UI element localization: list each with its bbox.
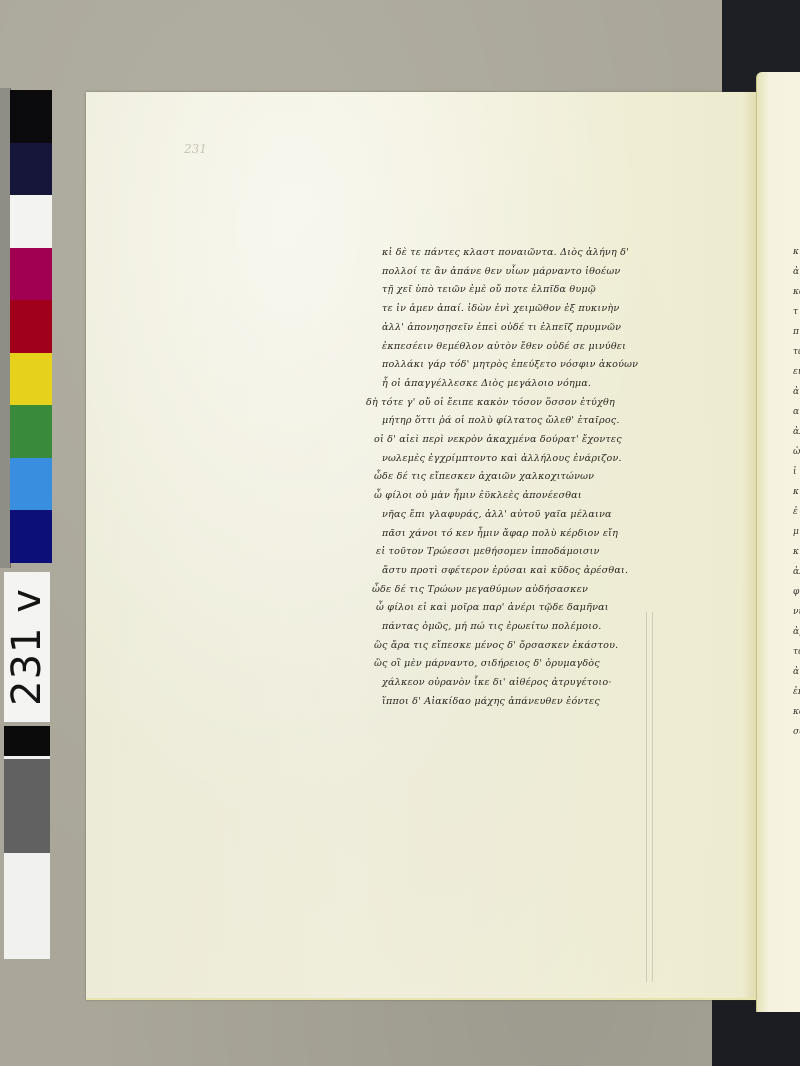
facing-page-text: κἀκατπτῶειἀαἀλὡἰκἐμκἀλφνιἀμτοἀἐκκασφ [757,242,800,742]
manuscript-text-line: πολλάκι γάρ τόδ' μητρὸς ἐπεύξετο νόσφιν … [382,356,727,375]
facing-page-line: α [757,402,800,422]
facing-page-line: το [757,642,800,662]
facing-page-line: ἐκ [757,682,800,702]
greek-text-block: κἰ δὲ τε πάντες κλαστ ποναιῶντα. Διὸς ἀλ… [382,244,727,712]
grayscale-calibration-strip [4,726,50,959]
facing-page-line: μ [757,522,800,542]
facing-page-line: τ [757,302,800,322]
manuscript-text-line: ὧδε δέ τις Τρώων μεγαθύμων αὐδήσασκεν [372,581,727,600]
color-swatch [10,510,52,563]
manuscript-text-line: τῇ χεῖ ὑπὸ τειῶν ἐμὲ οὔ ποτε ἐλπῖδα θυμῷ [382,281,727,300]
color-swatch [10,195,52,248]
manuscript-text-line: νωλεμὲς ἐγχρίμπτοντο καὶ ἀλλήλους ἐνάριζ… [382,450,727,469]
manuscript-text-line: χάλκεον οὐρανὸν ἷκε δι' αἰθέρος ἀτρυγέτο… [382,674,727,693]
facing-page-line: ἀ [757,662,800,682]
manuscript-text-line: ἐκπεσέειν θεμέθλον αὐτὸν ἔθεν οὐδέ σε μι… [382,338,727,357]
facing-page-line: ὡ [757,442,800,462]
folio-number-mark: 231 [184,142,207,156]
facing-page-line: π [757,322,800,342]
facing-page-line: κ [757,482,800,502]
manuscript-text-line: ὧδε δέ τις εἴπεσκεν ἀχαιῶν χαλκοχιτώνων [374,468,727,487]
facing-page-edge: κἀκατπτῶειἀαἀλὡἰκἐμκἀλφνιἀμτοἀἐκκασφ [756,72,800,1012]
color-swatch [10,353,52,406]
manuscript-text-line: οἱ δ' αἰεὶ περὶ νεκρὸν ἀκαχμένα δούρατ' … [374,431,727,450]
facing-page-line: ἰ [757,462,800,482]
manuscript-text-line: ἀλλ' ἀπονησῃσεῖν ἐπεὶ οὐδέ τι ἐλπεῖζ πρυ… [382,319,727,338]
color-swatch [10,143,52,196]
manuscript-text-line: εἰ τοῦτον Τρώεσσι μεθήσομεν ἱπποδάμοισιν [376,543,727,562]
manuscript-text-line: δὴ τότε γ' οὔ οἱ ἔειπε κακὸν τόσον ὅσσον… [366,394,727,413]
facing-page-line: κ [757,542,800,562]
color-swatch [10,90,52,143]
gray-swatch [4,759,50,853]
ruling-line [652,612,653,982]
facing-page-line: κα [757,702,800,722]
facing-page-line: νι [757,602,800,622]
color-swatch [10,300,52,353]
gutter-shadow [742,92,756,998]
color-swatch [10,458,52,511]
folio-label: 231 v [4,588,50,706]
facing-page-line: ἀλ [757,422,800,442]
color-calibration-strip [10,90,52,563]
manuscript-text-line: ἄστυ προτὶ σφέτερον ἐρύσαι καὶ κῦδος ἀρέ… [382,562,727,581]
manuscript-text-line: ὦ φίλοι εἰ καὶ μοῖρα παρ' ἀνέρι τῷδε δαμ… [376,599,727,618]
facing-page-line: ἀμ [757,622,800,642]
manuscript-text-line: πάντας ὁμῶς, μή πώ τις ἐρωείτω πολέμοιο. [382,618,727,637]
facing-page-line: κα [757,282,800,302]
manuscript-text-line: ἵπποι δ' Αἰακίδαο μάχης ἀπάνευθεν ἐόντες [382,693,727,712]
manuscript-text-line: ὦ φίλοι οὐ μὰν ἧμιν ἐϋκλεὲς ἀπονέεσθαι [374,487,727,506]
facing-page-line: τῶ [757,342,800,362]
manuscript-text-line: πᾶσι χάνοι τό κεν ἧμιν ἄφαρ πολὺ κέρδιον… [382,525,727,544]
manuscript-text-line: μήτηρ ὅττι ῥά οἱ πολὺ φίλτατος ὤλεθ' ἑτα… [382,412,727,431]
facing-page-line: ει [757,362,800,382]
manuscript-text-line: νῆας ἔπι γλαφυράς, ἀλλ' αὐτοῦ γαῖα μέλαι… [382,506,727,525]
facing-page-line: ἀλ [757,562,800,582]
manuscript-text-line: ὣς ἄρα τις εἴπεσκε μένος δ' ὄρσασκεν ἑκά… [374,637,727,656]
facing-page-line: φ [757,582,800,602]
facing-page-line: ἀ [757,262,800,282]
facing-page-line: κ [757,242,800,262]
manuscript-text-line: ἦ οἱ ἀπαγγέλλεσκε Διὸς μεγάλοιο νόημα. [382,375,727,394]
facing-page-line: ἐ [757,502,800,522]
manuscript-text-line: τε ἰν ἀμεν ἀπαί. ἰδὼν ἐνὶ χειμῶθον ἐξ πυ… [382,300,727,319]
facing-page-line: ἀ [757,382,800,402]
facing-page-line: σφ [757,722,800,742]
folio-label-card: 231 v [4,572,50,722]
gray-swatch [4,853,50,959]
ruling-line [646,612,647,982]
manuscript-text-line: πολλοί τε ἂν ἀπάνε θεν υἷων μάρναντο ἰθο… [382,263,727,282]
color-swatch [10,248,52,301]
gray-swatch [4,726,50,756]
manuscript-text-line: κἰ δὲ τε πάντες κλαστ ποναιῶντα. Διὸς ἀλ… [382,244,727,263]
manuscript-page: 231 κἰ δὲ τε πάντες κλαστ ποναιῶντα. Διὸ… [86,92,756,1000]
manuscript-text-line: ὣς οἳ μὲν μάρναντο, σιδήρειος δ' ὀρυμαγδ… [374,655,727,674]
color-swatch [10,405,52,458]
